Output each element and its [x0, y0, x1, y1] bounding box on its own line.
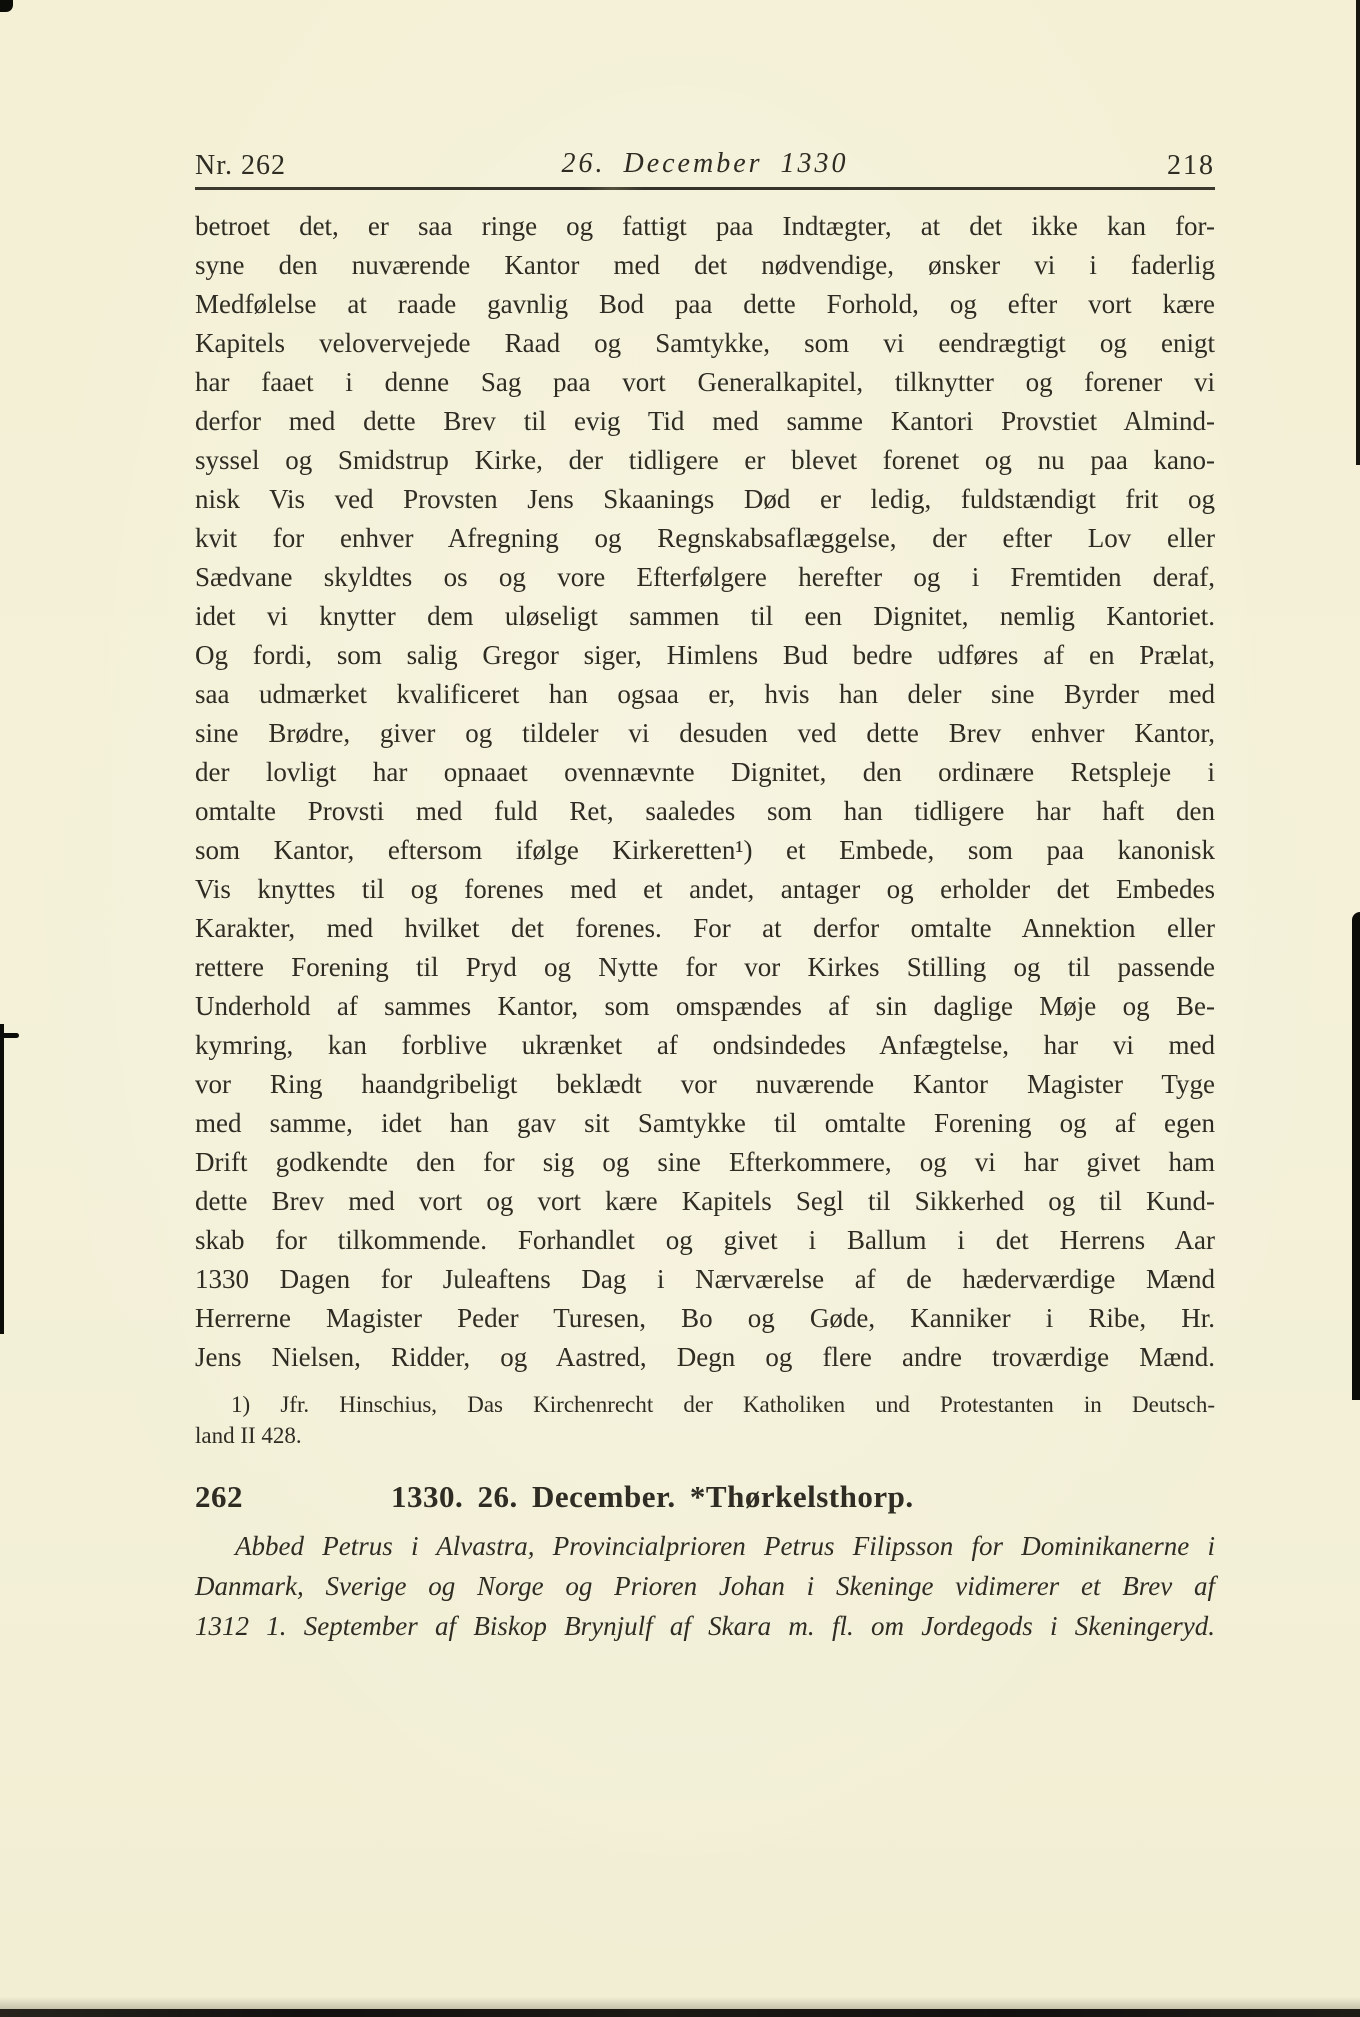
text-line: Danmark, Sverige og Norge og Prioren Joh… — [195, 1566, 1215, 1606]
text-line: med samme, idet han gav sit Samtykke til… — [195, 1104, 1215, 1143]
text-line: skab for tilkommende. Forhandlet og give… — [195, 1221, 1215, 1260]
footnote: 1) Jfr. Hinschius, Das Kirchenrecht der … — [195, 1389, 1215, 1451]
text-line: Karakter, med hvilket det forenes. For a… — [195, 909, 1215, 948]
text-line: 1330 Dagen for Juleaftens Dag i Nærværel… — [195, 1260, 1215, 1299]
text-line: vor Ring haandgribeligt beklædt vor nuvæ… — [195, 1065, 1215, 1104]
text-line: der lovligt har opnaaet ovennævnte Digni… — [195, 753, 1215, 792]
entry-heading: 262 1330. 26. December. *Thørkelsthorp. — [195, 1479, 1215, 1515]
text-line: nisk Vis ved Provsten Jens Skaanings Død… — [195, 480, 1215, 519]
running-title-date: 26. December 1330 — [561, 148, 848, 180]
text-line: Og fordi, som salig Gregor siger, Himlen… — [195, 636, 1215, 675]
text-line: kymring, kan forblive ukrænket af ondsin… — [195, 1026, 1215, 1065]
text-line: Vis knyttes til og forenes med et andet,… — [195, 870, 1215, 909]
entry-number: 262 — [195, 1479, 243, 1515]
entry-title: 1330. 26. December. *Thørkelsthorp. — [391, 1479, 914, 1515]
scanned-page: Nr. 262 26. December 1330 218 betroet de… — [0, 0, 1360, 2017]
text-line: betroet det, er saa ringe og fattigt paa… — [195, 207, 1215, 246]
entry-summary: Abbed Petrus i Alvastra, Provincialprior… — [195, 1526, 1215, 1646]
text-line: Sædvane skyldtes os og vore Efterfølgere… — [195, 558, 1215, 597]
text-line: dette Brev med vort og vort kære Kapitel… — [195, 1182, 1215, 1221]
text-line: idet vi knytter dem uløseligt sammen til… — [195, 597, 1215, 636]
text-line: Drift godkendte den for sig og sine Efte… — [195, 1143, 1215, 1182]
scan-artifact-right-line — [1356, 0, 1360, 465]
text-line: syssel og Smidstrup Kirke, der tidligere… — [195, 441, 1215, 480]
scan-artifact-left-tick — [0, 1033, 19, 1038]
text-line: 1) Jfr. Hinschius, Das Kirchenrecht der … — [195, 1389, 1215, 1420]
text-line: sine Brødre, giver og tildeler vi desude… — [195, 714, 1215, 753]
scan-artifact-bottom-bar — [0, 2009, 1360, 2017]
body-text: betroet det, er saa ringe og fattigt paa… — [195, 207, 1215, 1377]
text-line: omtalte Provsti med fuld Ret, saaledes s… — [195, 792, 1215, 831]
document-number: Nr. 262 — [195, 150, 286, 182]
text-line: kvit for enhver Afregning og Regnskabsaf… — [195, 519, 1215, 558]
header-rule — [195, 187, 1215, 190]
text-line: rettere Forening til Pryd og Nytte for v… — [195, 948, 1215, 987]
page-number: 218 — [1167, 150, 1215, 182]
text-line: har faaet i denne Sag paa vort Generalka… — [195, 363, 1215, 402]
text-line: Kapitels velovervejede Raad og Samtykke,… — [195, 324, 1215, 363]
text-line: land II 428. — [195, 1420, 1215, 1451]
text-line: Jens Nielsen, Ridder, og Aastred, Degn o… — [195, 1338, 1215, 1377]
text-line: Herrerne Magister Peder Turesen, Bo og G… — [195, 1299, 1215, 1338]
text-line: derfor med dette Brev til evig Tid med s… — [195, 402, 1215, 441]
scan-artifact-left-line — [0, 1024, 4, 1334]
text-line: Abbed Petrus i Alvastra, Provincialprior… — [195, 1526, 1215, 1566]
running-head: Nr. 262 26. December 1330 218 — [195, 150, 1215, 184]
text-line: 1312 1. September af Biskop Brynjulf af … — [195, 1606, 1215, 1646]
text-line: syne den nuværende Kantor med det nødven… — [195, 246, 1215, 285]
text-line: som Kantor, eftersom ifølge Kirkeretten¹… — [195, 831, 1215, 870]
text-line: Underhold af sammes Kantor, som omspænde… — [195, 987, 1215, 1026]
text-line: Medfølelse at raade gavnlig Bod paa dett… — [195, 285, 1215, 324]
scan-artifact-top-left — [0, 0, 13, 12]
text-line: saa udmærket kvalificeret han ogsaa er, … — [195, 675, 1215, 714]
scan-artifact-right-bar — [1352, 912, 1360, 1400]
